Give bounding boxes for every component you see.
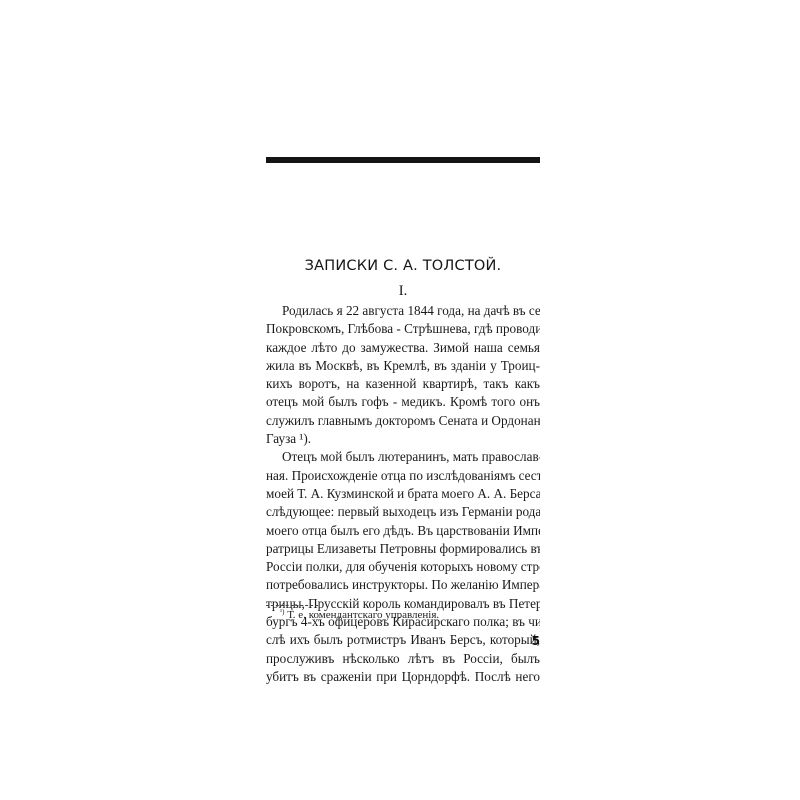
text-line: моего отца былъ его дѣдъ. Въ царствовані…	[266, 522, 540, 540]
text-line: потребовались инструкторы. По желанію Им…	[266, 576, 540, 594]
text-line: прослуживъ нѣсколько лѣтъ въ Россіи, был…	[266, 650, 540, 668]
chapter-number: I.	[266, 283, 540, 300]
paragraph-2: Отецъ мой былъ лютеранинъ, мать правосла…	[266, 448, 540, 686]
footnote-rule	[266, 605, 318, 606]
text-line: отецъ мой былъ гофъ - медикъ. Кромѣ того…	[266, 393, 540, 411]
text-line: слѣдующее: первый выходецъ изъ Германіи …	[266, 503, 540, 521]
text-line: ная. Происхожденіе отца по изслѣдованіям…	[266, 467, 540, 485]
paragraph-1: Родилась я 22 августа 1844 года, на дачѣ…	[266, 302, 540, 448]
text-line: Родилась я 22 августа 1844 года, на дачѣ…	[266, 302, 540, 320]
page-number: 5	[532, 634, 540, 648]
body-text: Родилась я 22 августа 1844 года, на дачѣ…	[266, 302, 540, 686]
text-line: моей Т. А. Кузминской и брата моего А. А…	[266, 485, 540, 503]
text-line: Покровскомъ, Глѣбова - Стрѣшнева, гдѣ пр…	[266, 320, 540, 338]
text-line: жила въ Москвѣ, въ Кремлѣ, въ зданіи у Т…	[266, 357, 540, 375]
text-line: ратрицы Елизаветы Петровны формировались…	[266, 540, 540, 558]
text-line: убитъ въ сраженіи при Цорндорфѣ. Послѣ н…	[266, 668, 540, 686]
footnote-marker: ¹)	[280, 608, 284, 616]
book-page: ЗАПИСКИ С. А. ТОЛСТОЙ. I. Родилась я 22 …	[266, 0, 540, 800]
text-line: служилъ главнымъ докторомъ Сената и Ордо…	[266, 412, 540, 430]
text-line: каждое лѣто до замужества. Зимой наша се…	[266, 339, 540, 357]
text-line: слѣ ихъ былъ ротмистръ Иванъ Берсъ, кото…	[266, 631, 540, 649]
text-line: Россіи полки, для обученія которыхъ ново…	[266, 558, 540, 576]
text-line: Гауза ¹).	[266, 430, 540, 448]
footnote-text: Т. е. комендантскаго управленія.	[287, 609, 439, 621]
header-rule	[266, 157, 540, 163]
page-title: ЗАПИСКИ С. А. ТОЛСТОЙ.	[266, 258, 540, 274]
text-line: кихъ воротъ, на казенной квартирѣ, такъ …	[266, 375, 540, 393]
text-line: Отецъ мой былъ лютеранинъ, мать правосла…	[266, 448, 540, 466]
footnote: ¹) Т. е. комендантскаго управленія.	[280, 608, 439, 621]
